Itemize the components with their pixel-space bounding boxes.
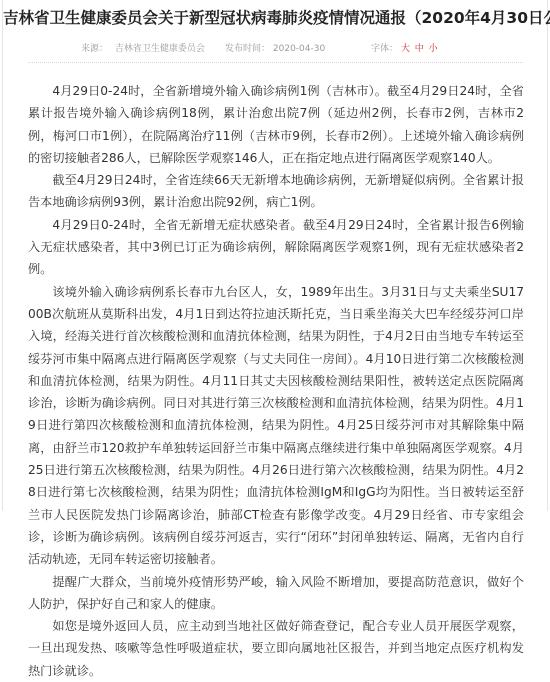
paragraph-imported-cases: 4月29日0-24时，全省新增境外输入确诊病例1例（吉林市）。截至4月29日24… <box>28 80 524 169</box>
article-meta: 来源： 吉林省卫生健康委员会 发布时间： 2020-04-30 字体： 大 中 … <box>3 41 549 55</box>
font-size-medium-button[interactable]: 中 <box>415 44 424 54</box>
paragraph-local-cases: 截至4月29日24时，全省连续66天无新增本地确诊病例，无新增疑似病例。全省累计… <box>28 169 524 214</box>
source-value: 吉林省卫生健康委员会 <box>115 44 205 54</box>
publish-time-value: 2020-04-30 <box>273 44 325 54</box>
publish-time: 发布时间： 2020-04-30 <box>225 41 325 54</box>
publish-time-label: 发布时间： <box>225 44 270 54</box>
article-page: 吉林省卫生健康委员会关于新型冠状病毒肺炎疫情情况通报（2020年4月30日公布）… <box>2 0 548 511</box>
source-info: 来源： 吉林省卫生健康委员会 <box>81 41 205 54</box>
paragraph-asymptomatic: 4月29日0-24时，全省无新增无症状感染者。截至4月29日24时，全省累计报告… <box>28 214 524 281</box>
font-size-label: 字体： <box>371 44 398 54</box>
article-body: 4月29日0-24时，全省新增境外输入确诊病例1例（吉林市）。截至4月29日24… <box>28 80 524 511</box>
source-label: 来源： <box>81 44 108 54</box>
header-divider <box>28 62 523 63</box>
font-size-small-button[interactable]: 小 <box>429 44 438 54</box>
article-title: 吉林省卫生健康委员会关于新型冠状病毒肺炎疫情情况通报（2020年4月30日公布） <box>3 6 549 28</box>
paragraph-case-detail: 该境外输入确诊病例系长春市九台区人，女，1989年出生。3月31日与丈夫乘坐SU… <box>28 281 524 511</box>
font-size-large-button[interactable]: 大 <box>401 44 410 54</box>
font-size-switcher: 字体： 大 中 小 <box>371 41 438 54</box>
